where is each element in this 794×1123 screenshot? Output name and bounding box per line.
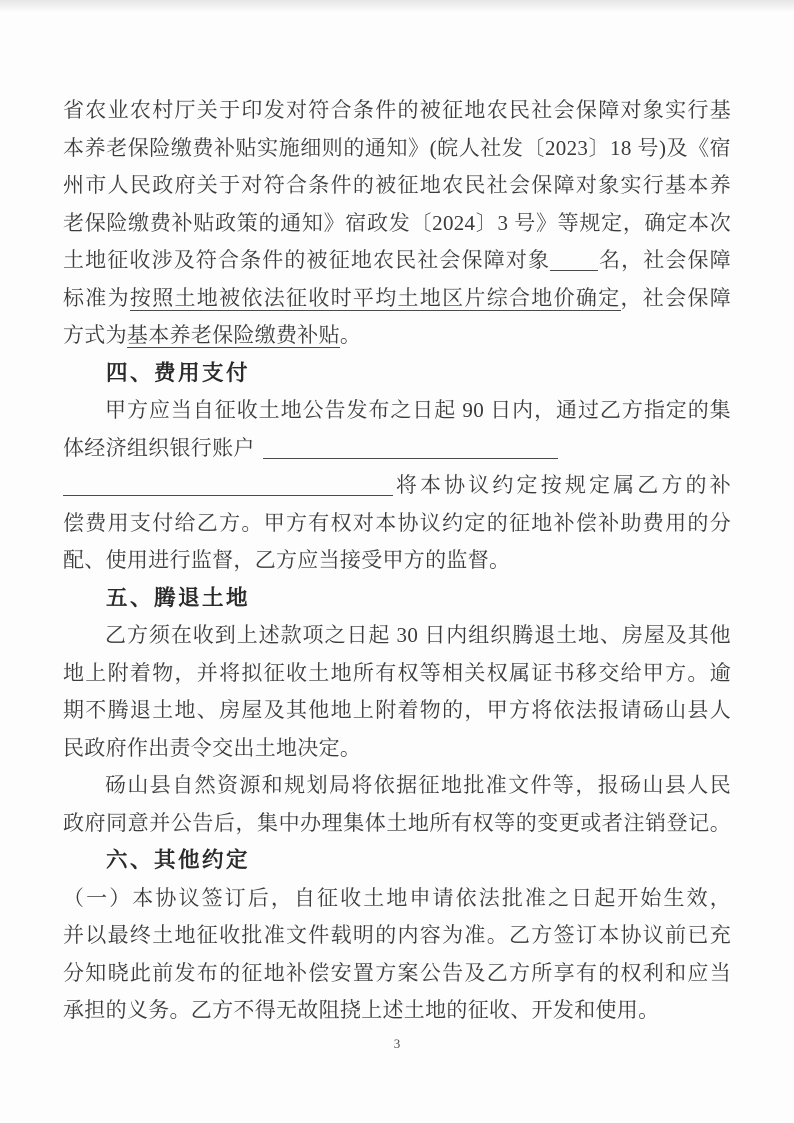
- doc-line: 分知晓此前发布的征地补偿安置方案公告及乙方所享有的权利和应当: [63, 955, 731, 993]
- blank-count-field: [550, 270, 598, 271]
- section-heading-vacate-land: 五、腾退土地: [63, 580, 731, 618]
- doc-line: 配、使用进行监督，乙方应当接受甲方的监督。: [63, 542, 731, 580]
- doc-line: 省农业农村厅关于印发对符合条件的被征地农民社会保障对象实行基: [63, 92, 731, 130]
- doc-line: 政府同意并公告后，集中办理集体土地所有权等的变更或者注销登记。: [63, 805, 731, 843]
- underlined-social-security-method: 基本养老保险缴费补贴: [127, 323, 340, 348]
- doc-line: 体经济组织银行账户: [63, 430, 731, 468]
- doc-line: 民政府作出责令交出土地决定。: [63, 730, 731, 768]
- document-body: 省农业农村厅关于印发对符合条件的被征地农民社会保障对象实行基 本养老保险缴费补贴…: [63, 92, 731, 1030]
- doc-line: 偿费用支付给乙方。甲方有权对本协议约定的征地补偿补助费用的分: [63, 505, 731, 543]
- text-segment: 土地征收涉及符合条件的被征地农民社会保障对象: [63, 248, 550, 272]
- text-segment: 方式为: [63, 323, 127, 347]
- text-segment: 名，社会保障: [598, 248, 731, 272]
- doc-line: 并以最终土地征收批准文件载明的内容为准。乙方签订本协议前已充: [63, 917, 731, 955]
- doc-line: 州市人民政府关于对符合条件的被征地农民社会保障对象实行基本养: [63, 167, 731, 205]
- text-segment: 体经济组织银行账户: [63, 436, 255, 460]
- document-page: 省农业农村厅关于印发对符合条件的被征地农民社会保障对象实行基 本养老保险缴费补贴…: [0, 0, 794, 1123]
- doc-line: 方式为基本养老保险缴费补贴。: [63, 317, 731, 355]
- doc-line: 标准为按照土地被依法征收时平均土地区片综合地价确定，社会保障: [63, 280, 731, 318]
- blank-bank-account-field-2: [63, 495, 393, 496]
- doc-line: 期不腾退土地、房屋及其他地上附着物的，甲方将依法报请砀山县人: [63, 692, 731, 730]
- text-segment: 将本协议约定按规定属乙方的补: [393, 473, 731, 497]
- text-segment: 标准为: [63, 286, 130, 310]
- text-segment: 。: [340, 323, 361, 347]
- doc-line: 砀山县自然资源和规划局将依据征地批准文件等，报砀山县人民: [63, 767, 731, 805]
- underlined-social-security-standard: 按照土地被依法征收时平均土地区片综合地价确定: [130, 286, 621, 311]
- doc-line: 将本协议约定按规定属乙方的补: [63, 467, 731, 505]
- doc-line: 承担的义务。乙方不得无故阻挠上述土地的征收、开发和使用。: [63, 992, 731, 1030]
- doc-line: 甲方应当自征收土地公告发布之日起 90 日内，通过乙方指定的集: [63, 392, 731, 430]
- doc-line: 本养老保险缴费补贴实施细则的通知》(皖人社发〔2023〕18 号)及《宿: [63, 130, 731, 168]
- doc-line: 乙方须在收到上述款项之日起 30 日内组织腾退土地、房屋及其他: [63, 617, 731, 655]
- section-heading-other-provisions: 六、其他约定: [63, 842, 731, 880]
- doc-line: 地上附着物，并将拟征收土地所有权等相关权属证书移交给甲方。逾: [63, 655, 731, 693]
- text-segment: ，社会保障: [621, 286, 732, 310]
- section-heading-payment: 四、费用支付: [63, 355, 731, 393]
- doc-line: 老保险缴费补贴政策的通知》宿政发〔2024〕3 号》等规定，确定本次: [63, 205, 731, 243]
- page-number: 3: [0, 1036, 794, 1052]
- blank-bank-account-field: [263, 458, 558, 459]
- doc-line: 土地征收涉及符合条件的被征地农民社会保障对象名，社会保障: [63, 242, 731, 280]
- doc-line: （一）本协议签订后，自征收土地申请依法批准之日起开始生效，: [63, 880, 731, 918]
